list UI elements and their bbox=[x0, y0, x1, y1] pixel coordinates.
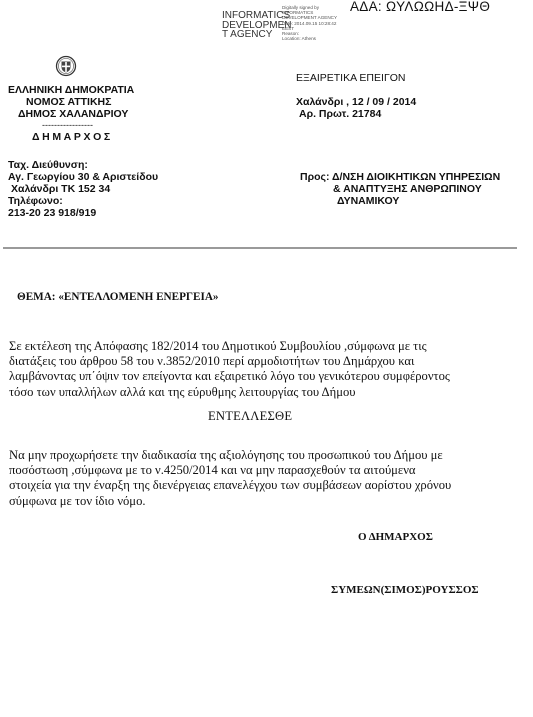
paragraph-line: τόσο των υπαλλήλων αλλά και της εύρυθμης… bbox=[9, 385, 450, 400]
recipient-line: Προς: Δ/ΝΣΗ ΔΙΟΙΚΗΤΙΚΩΝ ΥΠΗΡΕΣΙΩΝ bbox=[300, 171, 500, 184]
header-office: ΔΗΜΑΡΧΟΣ bbox=[32, 131, 113, 144]
greek-coat-of-arms-icon bbox=[55, 55, 77, 77]
address-city: Χαλάνδρι ΤΚ 152 34 bbox=[11, 183, 110, 196]
ada-code: ΑΔΑ: ΩΥΛΩΩΗΔ-ΞΨΘ bbox=[350, 0, 490, 14]
address-street: Αγ. Γεωργίου 30 & Αριστείδου bbox=[8, 171, 158, 184]
protocol-number: Αρ. Πρωτ. 21784 bbox=[299, 108, 381, 121]
address-label: Ταχ. Διεύθυνση: bbox=[8, 159, 88, 172]
signature-detail: DEVELOPMENT AGENCY bbox=[282, 15, 337, 20]
document-date: Χαλάνδρι , 12 / 09 / 2014 bbox=[296, 96, 416, 109]
horizontal-divider bbox=[3, 247, 517, 249]
body-paragraph-2: Να μην προχωρήσετε την διαδικασία της αξ… bbox=[9, 448, 451, 509]
paragraph-line: διατάξεις του άρθρου 58 του ν.3852/2010 … bbox=[9, 354, 450, 369]
recipient-line: & ΑΝΑΠΤΥΞΗΣ ΑΝΘΡΩΠΙΝΟΥ bbox=[333, 183, 482, 196]
header-country: ΕΛΛΗΝΙΚΗ ΔΗΜΟΚΡΑΤΙΑ bbox=[8, 84, 134, 97]
phone-number: 213-20 23 918/919 bbox=[8, 207, 96, 220]
signoff-title: Ο ΔΗΜΑΡΧΟΣ bbox=[358, 531, 433, 543]
subject-line: ΘΕΜΑ: «ΕΝΤΕΛΛΟΜΕΝΗ ΕΝΕΡΓΕΙΑ» bbox=[17, 291, 219, 303]
urgency-label: ΕΞΑΙΡΕΤΙΚΑ ΕΠΕΙΓΟΝ bbox=[296, 72, 405, 85]
phone-label: Τηλέφωνο: bbox=[8, 195, 63, 208]
paragraph-line: Να μην προχωρήσετε την διαδικασία της αξ… bbox=[9, 448, 451, 463]
paragraph-line: Σε εκτέλεση της Απόφασης 182/2014 του Δη… bbox=[9, 339, 450, 354]
paragraph-line: σύμφωνα με τον ίδιο νόμο. bbox=[9, 494, 451, 509]
header-divider: ----------------- bbox=[42, 119, 93, 132]
paragraph-line: στοιχεία για την έναρξη της διενέργειας … bbox=[9, 478, 451, 493]
digital-signature-details: Digitally signed by INFORMATICS DEVELOPM… bbox=[282, 5, 337, 41]
body-paragraph-1: Σε εκτέλεση της Απόφασης 182/2014 του Δη… bbox=[9, 339, 450, 400]
signoff-name: ΣΥΜΕΩΝ(ΣΙΜΟΣ)ΡΟΥΣΣΟΣ bbox=[331, 584, 479, 596]
paragraph-line: λαμβάνοντας υπ΄όψιν τον επείγοντα και εξ… bbox=[9, 369, 450, 384]
header-prefecture: ΝΟΜΟΣ ΑΤΤΙΚΗΣ bbox=[26, 96, 111, 109]
command-heading: ΕΝΤΕΛΛΕΣΘΕ bbox=[208, 409, 292, 424]
paragraph-line: ποσόστωση ,σύμφωνα με το ν.4250/2014 και… bbox=[9, 463, 451, 478]
signature-detail: Location: Athens bbox=[282, 36, 337, 41]
recipient-line: ΔΥΝΑΜΙΚΟΥ bbox=[337, 195, 399, 208]
